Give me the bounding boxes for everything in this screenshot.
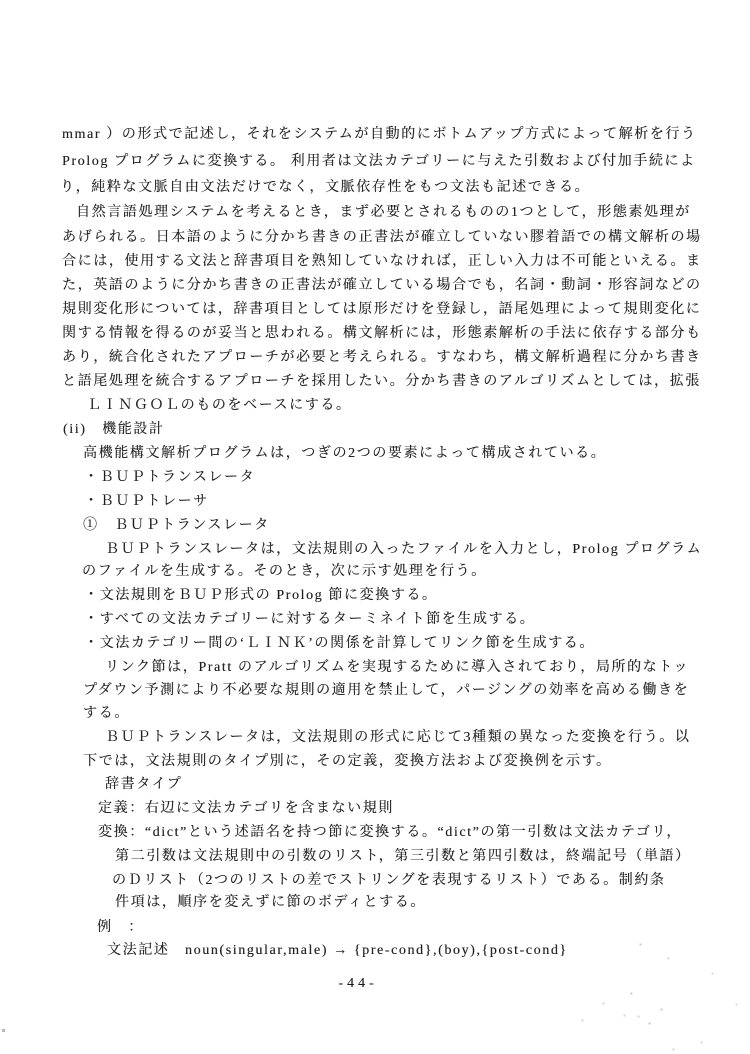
page-number: -44- — [0, 976, 716, 992]
text-line: ・文法カテゴリー間の‘ＬＩＮＫ’の関係を計算してリンク節を生成する。 — [84, 634, 595, 654]
text-line: プダウン予測により不必要な規則の適用を禁止して，パージングの効率を高める働きを — [83, 681, 689, 701]
text-line: 変換：“dict”という述語名を持つ節に変換する。“dict”の第一引数は文法カ… — [98, 823, 682, 843]
text-line: ・すべての文法カテゴリーに対するターミネイト節を生成する。 — [84, 610, 535, 630]
text-line: ・ＢＵＰトランスレータ — [84, 468, 255, 488]
scan-noise-specks — [0, 0, 1, 1]
text-line: 自然言語処理システムを考えるとき，まず必要とされるものの1つとして，形態素処理が — [76, 203, 691, 223]
text-line: 例 ： — [97, 918, 144, 938]
scanned-document-page: mmar ）の形式で記述し，それをシステムが自動的にボトムアップ方式によって解析… — [0, 0, 750, 1054]
text-line: 文法記述 noun(singular,male) → {pre-cond},(b… — [107, 941, 568, 961]
text-line: 辞書タイプ — [105, 775, 182, 795]
text-line: ・文法規則をＢＵＰ形式の Prolog 節に変換する。 — [84, 586, 438, 606]
text-line: Prolog プログラムに変換する。 利用者は文法カテゴリーに与えた引数および付… — [62, 152, 696, 172]
text-line: ・ＢＵＰトレーサ — [84, 492, 209, 512]
text-line: 定義：右辺に文法カテゴリを含まない規則 — [98, 799, 394, 819]
text-line: 第二引数は文法規則中の引数のリスト，第三引数と第四引数は，終端記号（単語） — [115, 847, 691, 867]
text-line: と語尾処理を統合するアプローチを採用したい。分かち書きのアルゴリズムとしては，拡… — [62, 372, 701, 392]
text-line: ① ＢＵＰトランスレータ — [83, 516, 270, 536]
text-line: た，英語のように分かち書きの正書法が確立している場合でも，名詞・動詞・形容詞など… — [62, 276, 702, 296]
text-line: ＢＵＰトランスレータは，文法規則の形式に応じて3種類の異なった変換を行う。以 — [105, 728, 690, 748]
text-line: り，純粋な文脈自由文法だけでなく，文脈依存性をもつ文法も記述できる。 — [60, 178, 590, 198]
text-line: あり，統合化されたアプローチが必要と考えられる。すなわち，構文解析過程に分かち書… — [62, 348, 702, 368]
text-line: あげられる。日本語のように分かち書きの正書法が確立していない膠着語での構文解析の… — [62, 228, 702, 248]
text-line: ＢＵＰトランスレータは，文法規則の入ったファイルを入力とし，Prolog プログ… — [105, 540, 702, 560]
text-line: (ii) 機能設計 — [63, 420, 165, 440]
text-line: mmar ）の形式で記述し，それをシステムが自動的にボトムアップ方式によって解析… — [62, 125, 697, 145]
text-line: 関する情報を得るのが妥当と思われる。構文解析には，形態素解析の手法に依存する部分… — [62, 324, 702, 344]
text-line: する。 — [83, 704, 130, 724]
text-line: 件項は，順序を変えずに節のボディとする。 — [115, 893, 426, 913]
text-line: のファイルを生成する。そのとき，次に示す処理を行う。 — [82, 562, 487, 582]
text-line: 合には，使用する文法と辞書項目を熟知していなければ，正しい入力は不可能といえる。… — [62, 252, 702, 272]
text-line: のＤリスト（2つのリストの差でストリングを表現するリスト）である。制約条 — [112, 871, 665, 891]
text-line: 高機能構文解析プログラムは，つぎの2つの要素によって構成されている。 — [83, 444, 606, 464]
text-line: 下では，文法規則のタイプ別に，その定義，変換方法および変換例を示す。 — [83, 752, 612, 772]
text-line: 規則変化形については，辞書項目としては原形だけを登録し，語尾処理によって規則変化… — [62, 300, 701, 320]
text-line: ＬＩＮＧＯＬのものをベースにする。 — [87, 396, 352, 416]
text-line: リンク節は，Pratt のアルゴリズムを実現するために導入されており，局所的なト… — [105, 658, 689, 678]
